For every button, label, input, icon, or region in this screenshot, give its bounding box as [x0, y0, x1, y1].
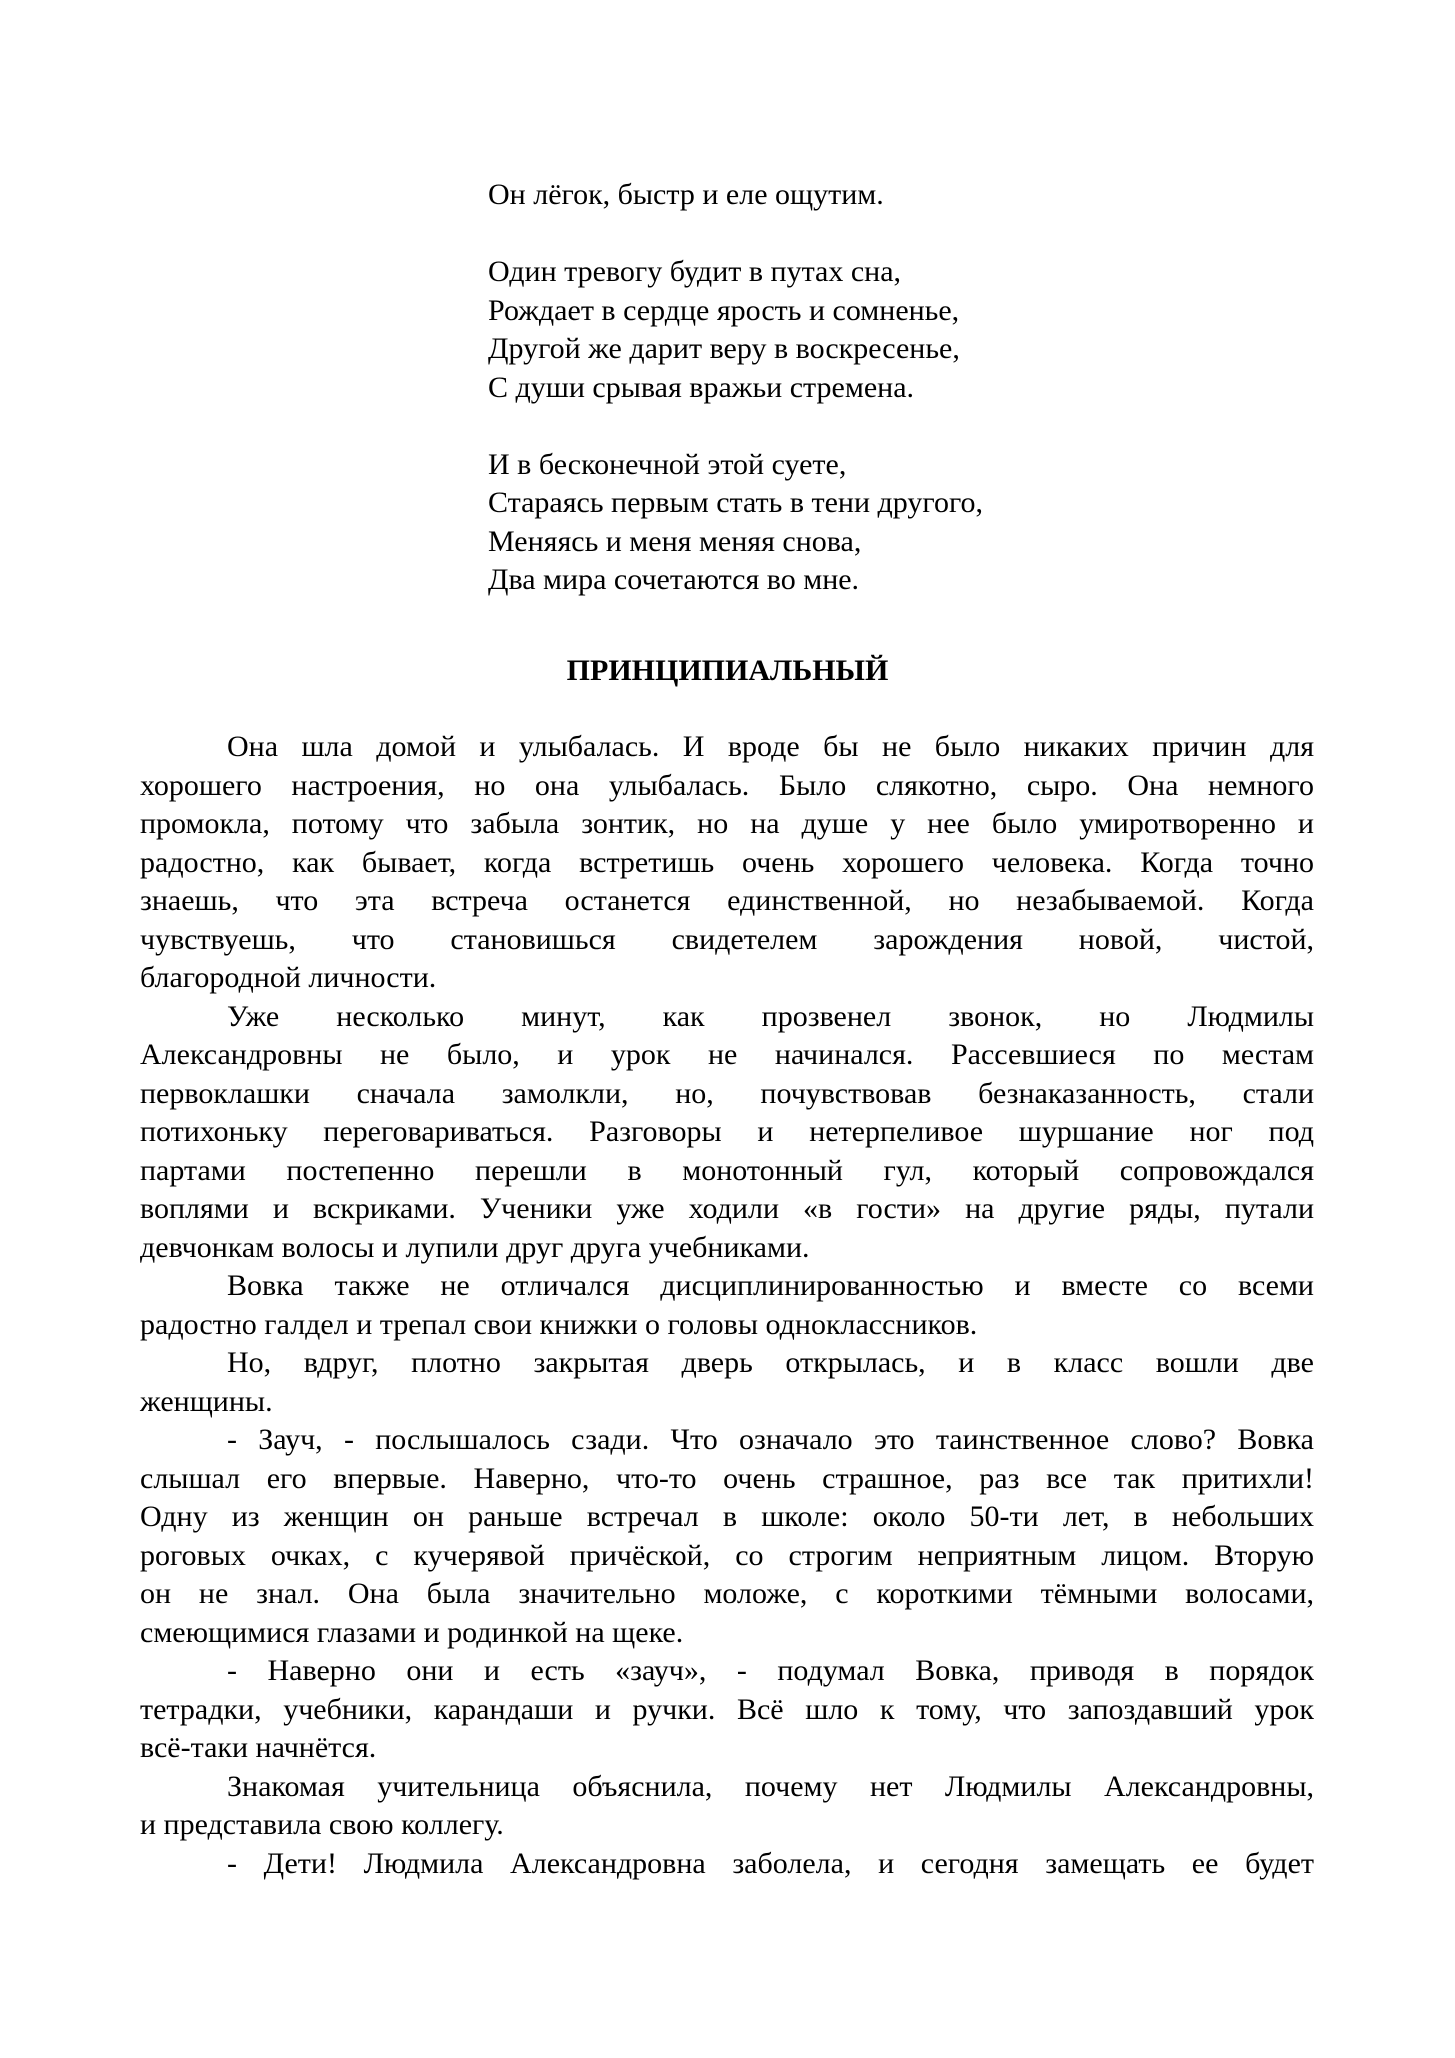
poem-line: Два мира сочетаются во мне. [488, 561, 1188, 600]
text-line: партами постепенно перешли в монотонный … [140, 1152, 1314, 1191]
text-line: Знакомая учительница объяснила, почему н… [140, 1768, 1314, 1807]
text-line: слышал его впервые. Наверно, что-то очен… [140, 1460, 1314, 1499]
text-line: - Зауч, - послышалось сзади. Что означал… [140, 1421, 1314, 1460]
text-line: радостно, как бывает, когда встретишь оч… [140, 844, 1314, 883]
document-page: Он лёгок, быстр и еле ощутим. Один трево… [0, 0, 1455, 2058]
text-line: - Наверно они и есть «зауч», - подумал В… [140, 1652, 1314, 1691]
text-line: Александровны не было, и урок не начинал… [140, 1036, 1314, 1075]
text-line: всё-таки начнётся. [140, 1729, 1314, 1768]
poem-line: И в бесконечной этой суете, [488, 446, 1188, 485]
poem-stanza: Он лёгок, быстр и еле ощутим. [488, 176, 1188, 215]
poem-line: Другой же дарит веру в воскресенье, [488, 330, 1188, 369]
poem-line: Стараясь первым стать в тени другого, [488, 484, 1188, 523]
text-line: - Дети! Людмила Александровна заболела, … [140, 1845, 1314, 1884]
text-line: радостно галдел и трепал свои книжки о г… [140, 1306, 1314, 1345]
text-line: Уже несколько минут, как прозвенел звоно… [140, 998, 1314, 1037]
poem-stanza: Один тревогу будит в путах сна, Рождает … [488, 253, 1188, 407]
text-line: смеющимися глазами и родинкой на щеке. [140, 1614, 1314, 1653]
poem-line: Рождает в сердце ярость и сомненье, [488, 292, 1188, 331]
poem-line: Меняясь и меня меняя снова, [488, 523, 1188, 562]
text-line: он не знал. Она была значительно моложе,… [140, 1575, 1314, 1614]
text-line: Но, вдруг, плотно закрытая дверь открыла… [140, 1344, 1314, 1383]
text-line: чувствуешь, что становишься свидетелем з… [140, 921, 1314, 960]
poem-stanza: И в бесконечной этой суете, Стараясь пер… [488, 446, 1188, 600]
text-line: благородной личности. [140, 959, 1314, 998]
chapter-title: ПРИНЦИПИАЛЬНЫЙ [0, 652, 1455, 690]
text-line: хорошего настроения, но она улыбалась. Б… [140, 767, 1314, 806]
prose-body: Она шла домой и улыбалась. И вроде бы не… [140, 728, 1314, 1883]
poem-line: Он лёгок, быстр и еле ощутим. [488, 176, 1188, 215]
text-line: девчонкам волосы и лупили друг друга уче… [140, 1229, 1314, 1268]
text-line: воплями и вскриками. Ученики уже ходили … [140, 1190, 1314, 1229]
text-line: первоклашки сначала замолкли, но, почувс… [140, 1075, 1314, 1114]
text-line: Одну из женщин он раньше встречал в школ… [140, 1498, 1314, 1537]
text-line: тетрадки, учебники, карандаши и ручки. В… [140, 1691, 1314, 1730]
text-line: Вовка также не отличался дисциплинирован… [140, 1267, 1314, 1306]
poem-line: С души срывая вражьи стремена. [488, 369, 1188, 408]
text-line: Она шла домой и улыбалась. И вроде бы не… [140, 728, 1314, 767]
text-line: промокла, потому что забыла зонтик, но н… [140, 805, 1314, 844]
poem: Он лёгок, быстр и еле ощутим. Один трево… [488, 176, 1188, 638]
poem-line: Один тревогу будит в путах сна, [488, 253, 1188, 292]
text-line: и представила свою коллегу. [140, 1806, 1314, 1845]
text-line: женщины. [140, 1383, 1314, 1422]
text-line: потихоньку переговариваться. Разговоры и… [140, 1113, 1314, 1152]
text-line: роговых очках, с кучерявой причёской, со… [140, 1537, 1314, 1576]
text-line: знаешь, что эта встреча останется единст… [140, 882, 1314, 921]
